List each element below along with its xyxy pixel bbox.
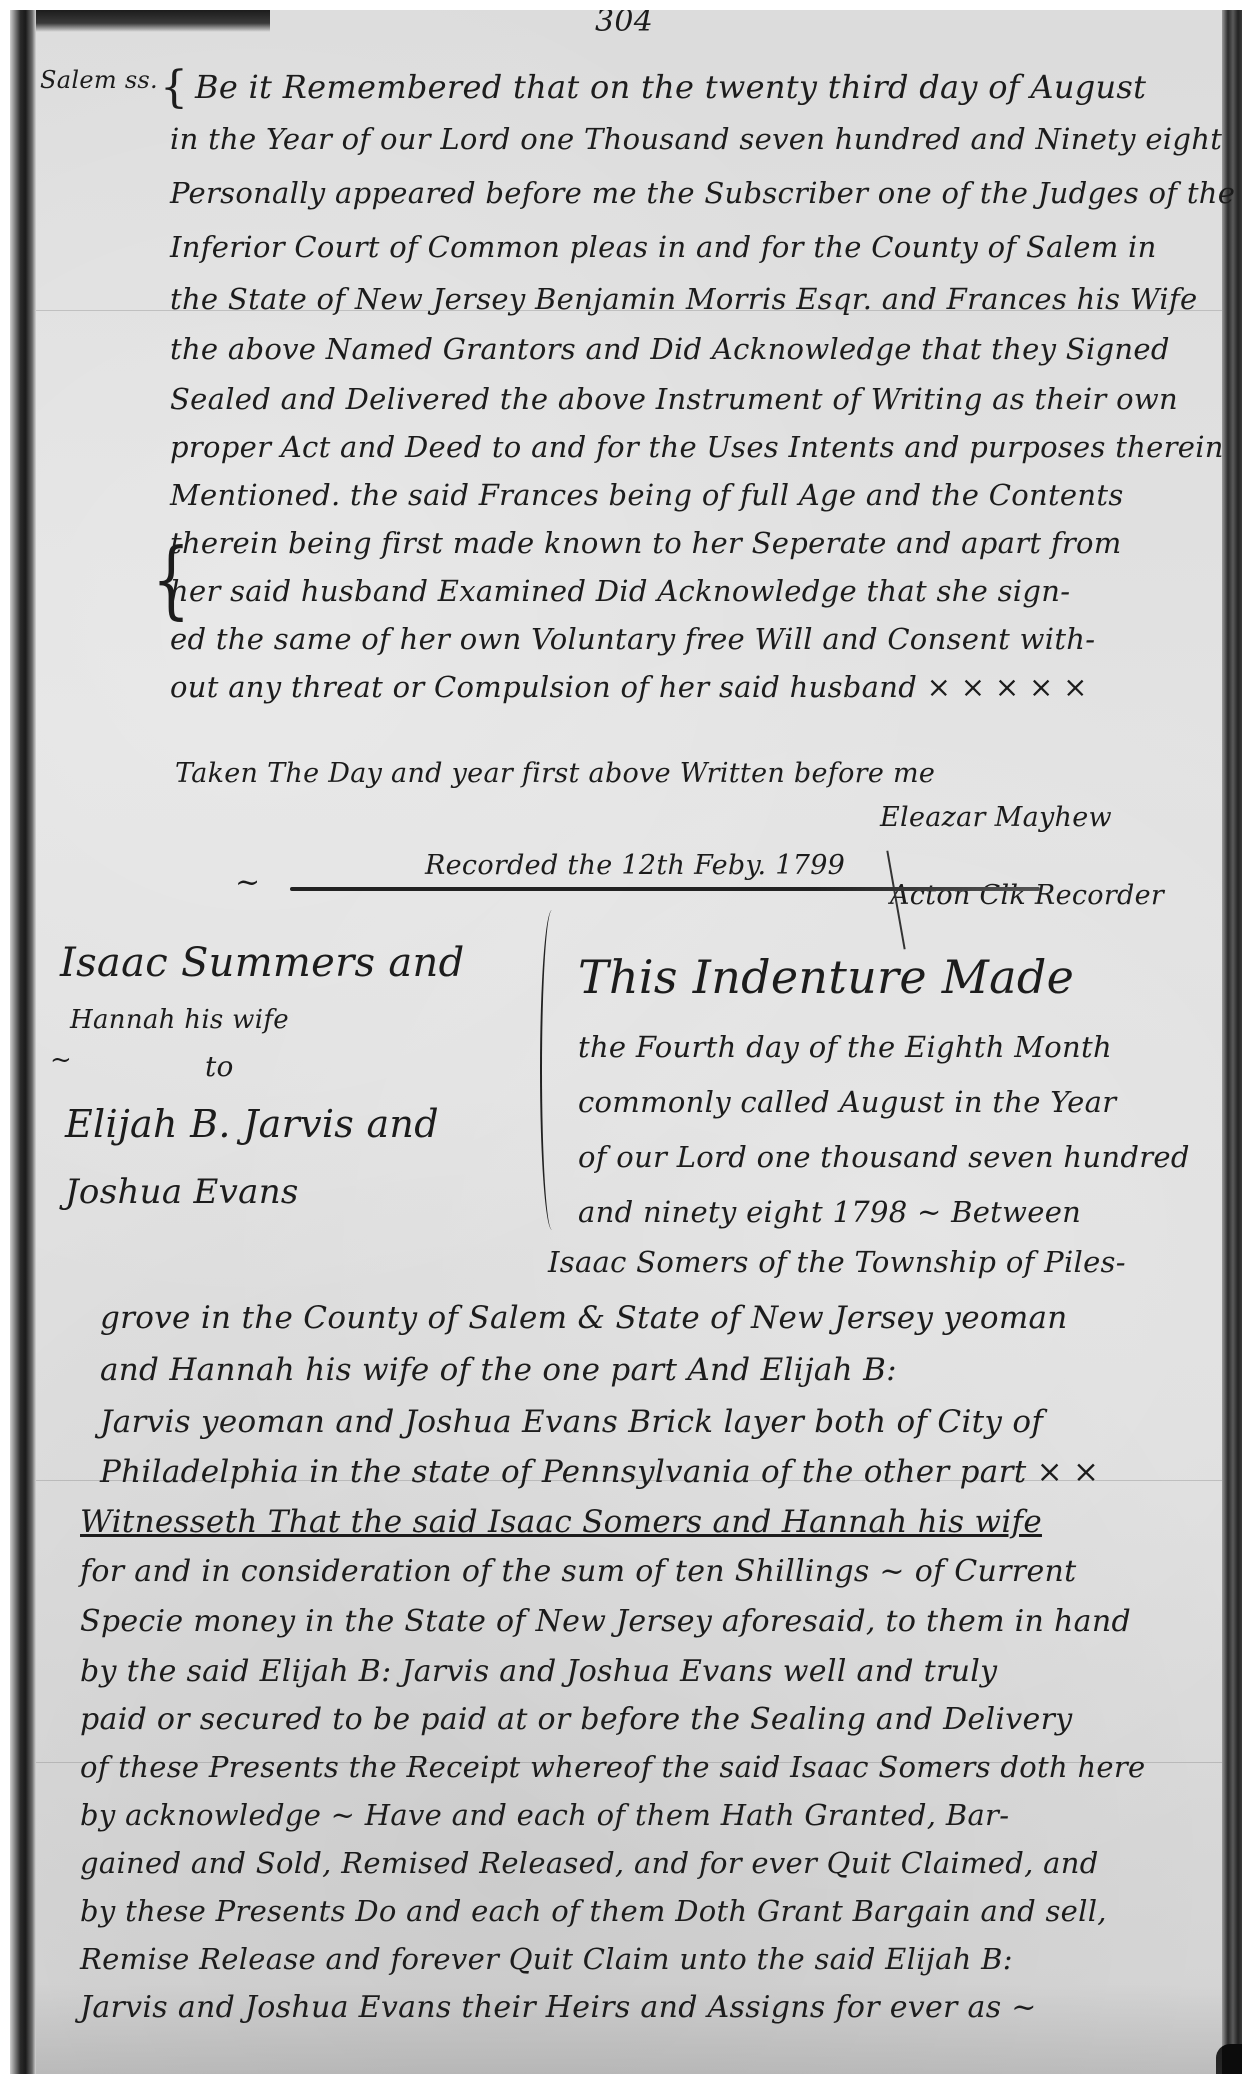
body-line: by the said Elijah B: Jarvis and Joshua … [80, 1654, 997, 1689]
body-line: Remise Release and forever Quit Claim un… [80, 1942, 1013, 1976]
body-line: gained and Sold, Remised Released, and f… [80, 1846, 1099, 1880]
intro-line: of our Lord one thousand seven hundred [578, 1140, 1190, 1174]
body-line: paid or secured to be paid at or before … [80, 1702, 1072, 1737]
section-divider [290, 887, 1040, 891]
ack-line: proper Act and Deed to and for the Uses … [170, 430, 1224, 464]
body-line: Specie money in the State of New Jersey … [80, 1604, 1131, 1639]
flourish-mark: ~ [50, 1045, 72, 1075]
party-grantor-spouse: Hannah his wife [70, 1005, 289, 1035]
margin-note-venue: Salem ss. [40, 66, 158, 94]
judge-signature: Eleazar Mayhew [880, 802, 1112, 833]
scan-top-shadow [10, 10, 270, 32]
ack-line: Be it Remembered that on the twenty thir… [195, 68, 1146, 106]
intro-line: and ninety eight 1798 ~ Between [578, 1195, 1081, 1229]
binding-shadow [10, 10, 36, 2074]
indenture-heading: This Indenture Made [578, 950, 1074, 1004]
ack-line: Personally appeared before me the Subscr… [170, 176, 1235, 210]
ack-line: Mentioned. the said Frances being of ful… [170, 478, 1124, 512]
body-line: Witnesseth That the said Isaac Somers an… [80, 1504, 1042, 1540]
party-to-label: to [205, 1050, 234, 1083]
page-edge-border [1222, 10, 1242, 2074]
party-grantee-2: Joshua Evans [65, 1172, 299, 1212]
intro-line: the Fourth day of the Eighth Month [578, 1030, 1112, 1064]
ack-line: the above Named Grantors and Did Acknowl… [170, 332, 1170, 366]
party-brace [540, 910, 564, 1230]
ack-line: the State of New Jersey Benjamin Morris … [170, 282, 1197, 316]
taken-before-line: Taken The Day and year first above Writt… [175, 758, 935, 789]
ack-line: therein being first made known to her Se… [170, 526, 1122, 560]
body-line: Jarvis yeoman and Joshua Evans Brick lay… [100, 1404, 1043, 1440]
party-grantee: Elijah B. Jarvis and [65, 1102, 439, 1146]
page-number: 304 [595, 10, 653, 39]
recorded-date: Recorded the 12th Feby. 1799 [425, 850, 845, 881]
ack-line: her said husband Examined Did Acknowledg… [170, 574, 1070, 608]
intro-line: Isaac Somers of the Township of Piles- [548, 1245, 1126, 1279]
party-grantor: Isaac Summers and [60, 940, 465, 986]
body-line: by these Presents Do and each of them Do… [80, 1894, 1107, 1928]
body-line: Philadelphia in the state of Pennsylvani… [100, 1454, 1099, 1490]
body-line: grove in the County of Salem & State of … [100, 1300, 1068, 1336]
flourish-mark: ~ [235, 865, 260, 900]
body-line: by acknowledge ~ Have and each of them H… [80, 1798, 1009, 1832]
ack-line: ed the same of her own Voluntary free Wi… [170, 622, 1095, 656]
body-line: of these Presents the Receipt whereof th… [80, 1750, 1146, 1784]
ack-line: Sealed and Delivered the above Instrumen… [170, 382, 1178, 416]
intro-line: commonly called August in the Year [578, 1085, 1116, 1119]
body-line: and Hannah his wife of the one part And … [100, 1352, 897, 1388]
document-scan: 304 Salem ss. { Be it Remembered that on… [10, 10, 1242, 2074]
ack-line: in the Year of our Lord one Thousand sev… [170, 122, 1222, 156]
body-line: Jarvis and Joshua Evans their Heirs and … [80, 1990, 1037, 2025]
ack-line: out any threat or Compulsion of her said… [170, 670, 1088, 704]
body-line: for and in consideration of the sum of t… [80, 1554, 1076, 1589]
brace-mark: { [160, 62, 188, 113]
recorder-signature: Acton Clk Recorder [890, 880, 1164, 911]
ack-line: Inferior Court of Common pleas in and fo… [170, 230, 1157, 264]
